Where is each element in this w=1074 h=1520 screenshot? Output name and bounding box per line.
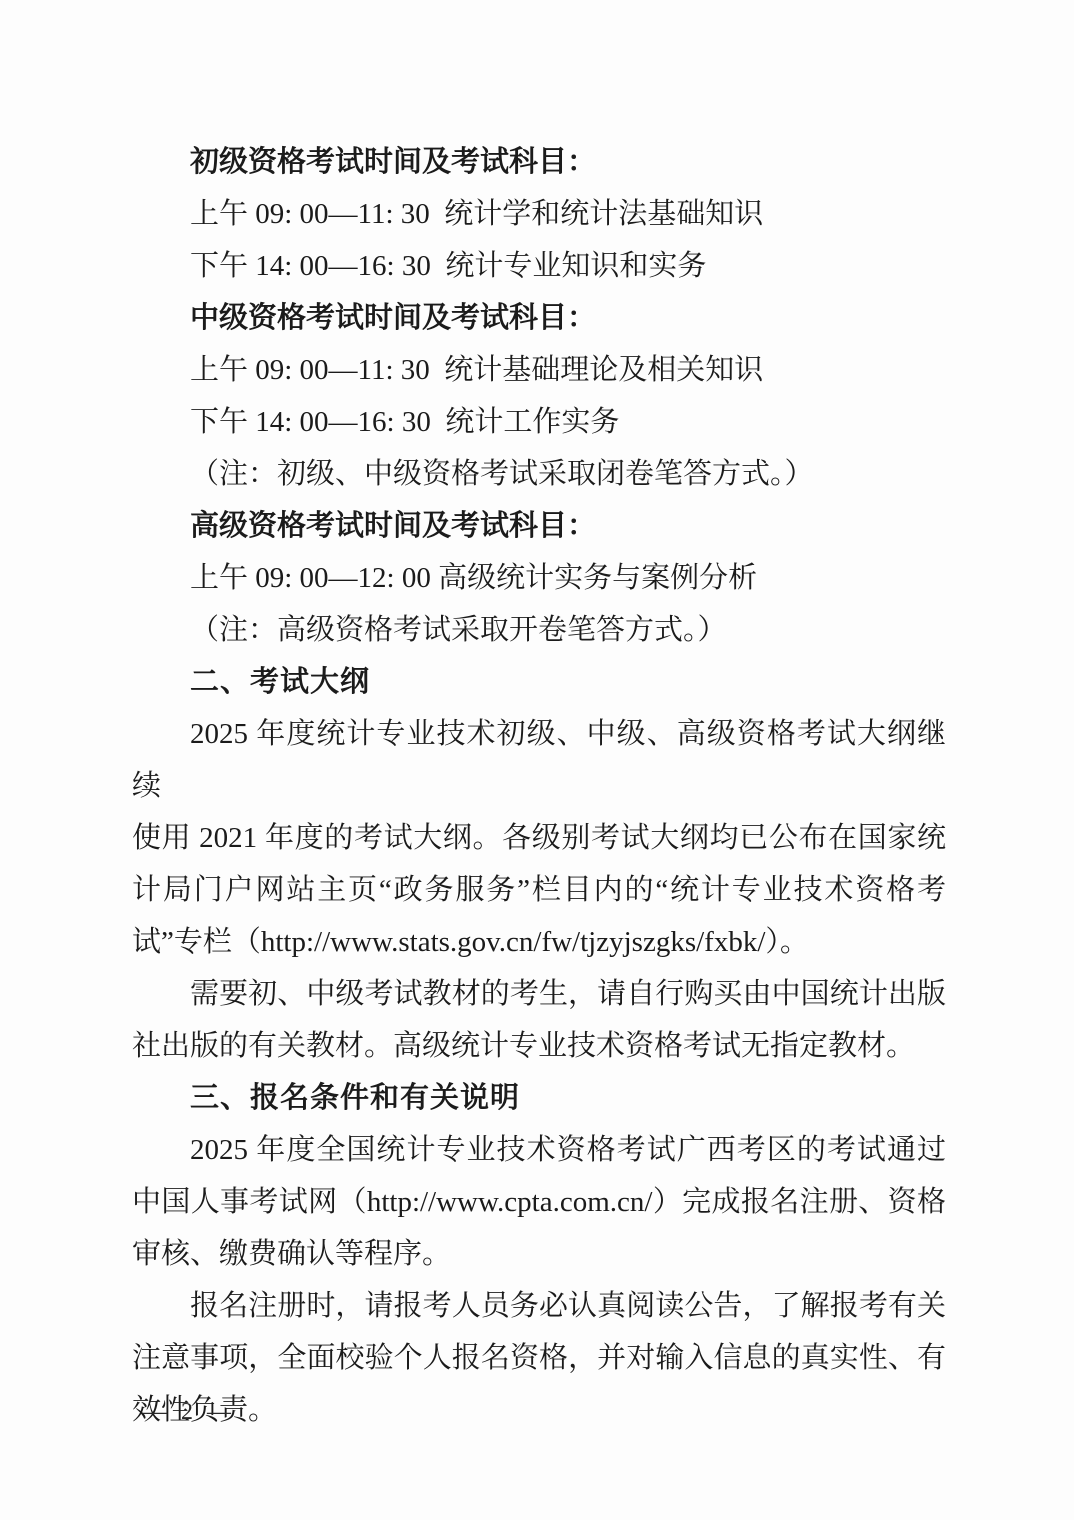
- paragraph-line: 社出版的有关教材。高级统计专业技术资格考试无指定教材。: [132, 1020, 946, 1072]
- paragraph-notice: 报名注册时，请报考人员务必认真阅读公告，了解报考有关 注意事项，全面校验个人报名…: [132, 1280, 946, 1436]
- section-heading-registration: 三、报名条件和有关说明: [132, 1072, 946, 1124]
- paragraph-line: 报名注册时，请报考人员务必认真阅读公告，了解报考有关: [132, 1280, 946, 1332]
- middle-exam-heading: 中级资格考试时间及考试科目：: [132, 292, 946, 344]
- paragraph-line: 审核、缴费确认等程序。: [132, 1228, 946, 1280]
- paragraph-line-with-url: 试”专栏（http://www.stats.gov.cn/fw/tjzyjszg…: [132, 916, 946, 968]
- junior-exam-heading: 初级资格考试时间及考试科目：: [132, 136, 946, 188]
- paragraph-line: 效性负责。: [132, 1384, 946, 1436]
- paragraph-line: 2025 年度统计专业技术初级、中级、高级资格考试大纲继续: [132, 708, 946, 812]
- senior-exam-heading: 高级资格考试时间及考试科目：: [132, 500, 946, 552]
- section-heading-exam-outline: 二、考试大纲: [132, 656, 946, 708]
- middle-exam-afternoon-line: 下午 14: 00—16: 30 统计工作实务: [132, 396, 946, 448]
- closed-book-note: （注：初级、中级资格考试采取闭卷笔答方式。）: [132, 448, 946, 500]
- paragraph-registration: 2025 年度全国统计专业技术资格考试广西考区的考试通过 中国人事考试网（htt…: [132, 1124, 946, 1280]
- junior-exam-morning-line: 上午 09: 00—11: 30 统计学和统计法基础知识: [132, 188, 946, 240]
- page-number-footer: — 2 —: [143, 1396, 235, 1428]
- paragraph-line: 2025 年度全国统计专业技术资格考试广西考区的考试通过: [132, 1124, 946, 1176]
- senior-exam-morning-line: 上午 09: 00—12: 00 高级统计实务与案例分析: [132, 552, 946, 604]
- document-page: 初级资格考试时间及考试科目： 上午 09: 00—11: 30 统计学和统计法基…: [0, 0, 1074, 1520]
- document-body: 初级资格考试时间及考试科目： 上午 09: 00—11: 30 统计学和统计法基…: [132, 136, 946, 1436]
- junior-exam-afternoon-line: 下午 14: 00—16: 30 统计专业知识和实务: [132, 240, 946, 292]
- paragraph-line: 使用 2021 年度的考试大纲。各级别考试大纲均已公布在国家统: [132, 812, 946, 864]
- paragraph-line: 需要初、中级考试教材的考生，请自行购买由中国统计出版: [132, 968, 946, 1020]
- open-book-note: （注：高级资格考试采取开卷笔答方式。）: [132, 604, 946, 656]
- paragraph-line: 计局门户网站主页“政务服务”栏目内的“统计专业技术资格考: [132, 864, 946, 916]
- paragraph-line: 注意事项，全面校验个人报名资格，并对输入信息的真实性、有: [132, 1332, 946, 1384]
- paragraph-textbooks: 需要初、中级考试教材的考生，请自行购买由中国统计出版 社出版的有关教材。高级统计…: [132, 968, 946, 1072]
- paragraph-exam-outline: 2025 年度统计专业技术初级、中级、高级资格考试大纲继续 使用 2021 年度…: [132, 708, 946, 968]
- paragraph-line-with-url: 中国人事考试网（http://www.cpta.com.cn/）完成报名注册、资…: [132, 1176, 946, 1228]
- middle-exam-morning-line: 上午 09: 00—11: 30 统计基础理论及相关知识: [132, 344, 946, 396]
